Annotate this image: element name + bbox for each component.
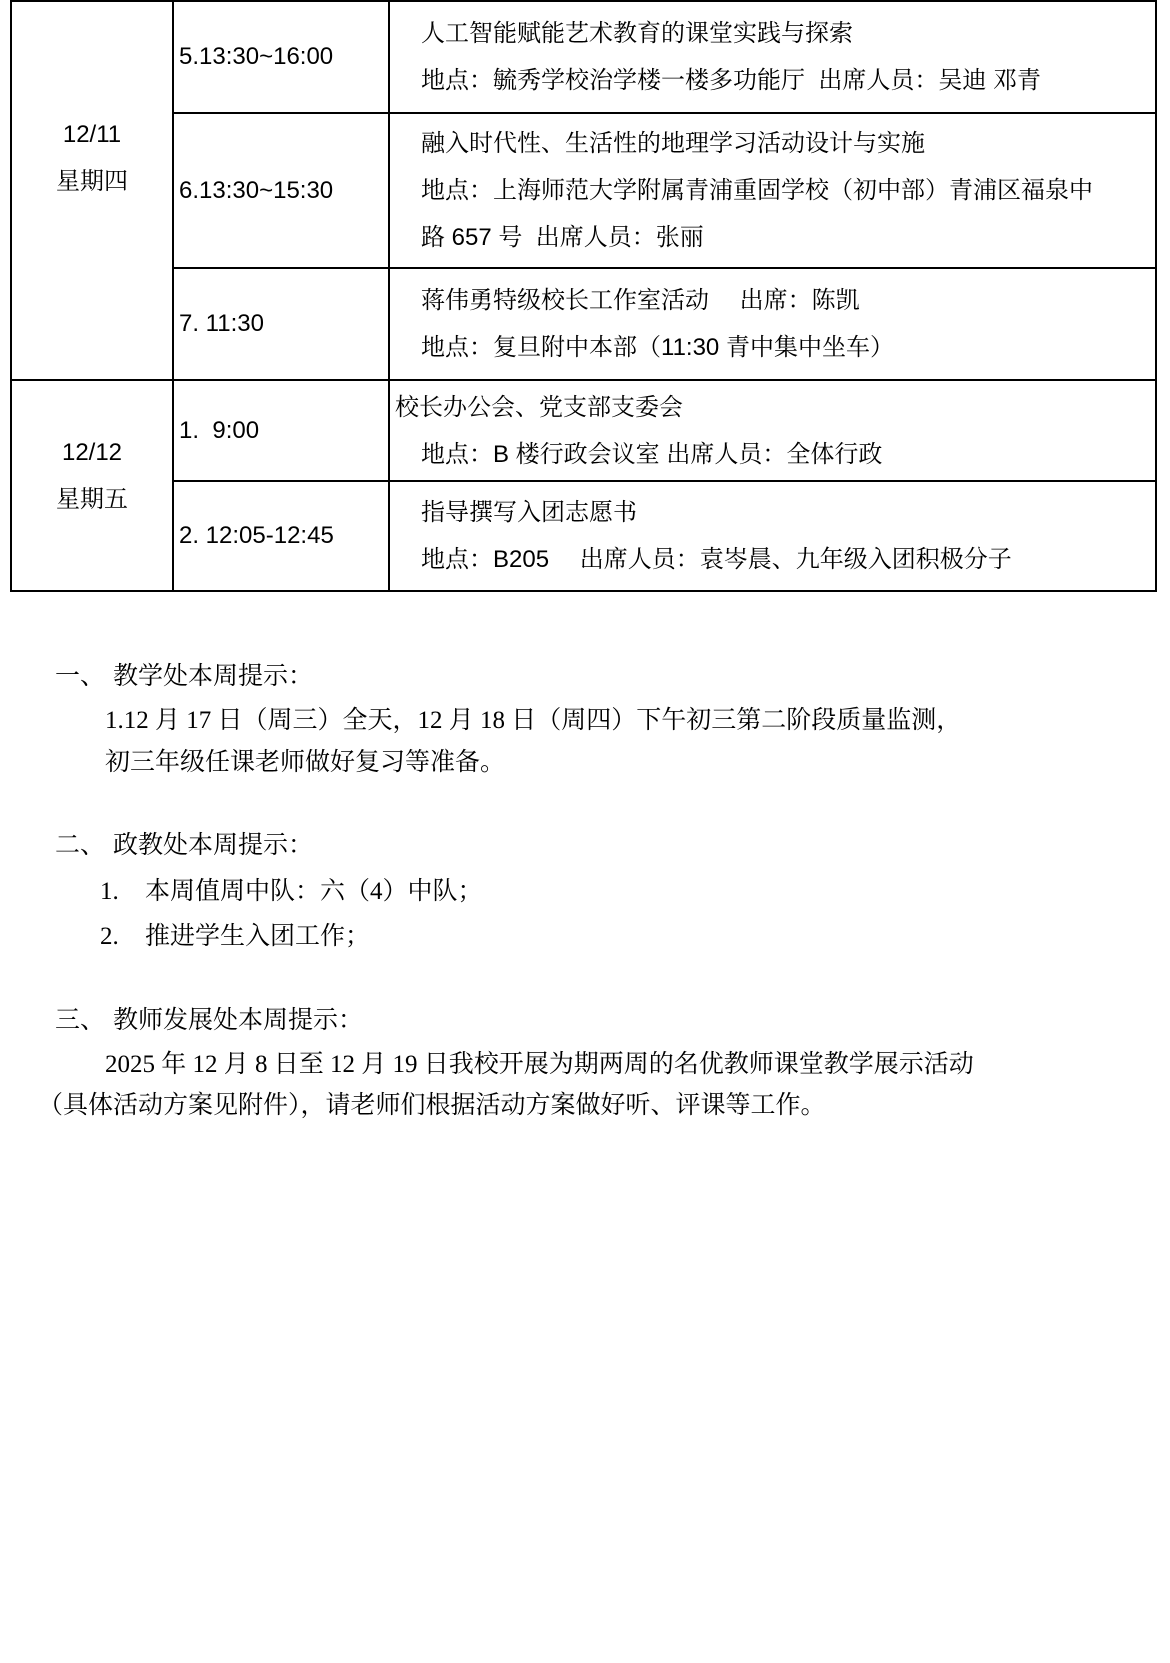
item-text: 推进学生入团工作； (145, 923, 370, 950)
section-title: 教学处本周提示： (113, 663, 313, 690)
section-body: 1.本周值周中队：六（4）中队； 2.推进学生入团工作； (0, 869, 1170, 959)
note-line: 初三年级任课老师做好复习等准备。 (0, 742, 1170, 784)
note-line: 2025 年 12 月 8 日至 12 月 19 日我校开展为期两周的名优教师课… (0, 1044, 1170, 1085)
date-lines: 12/12 星期五 (56, 429, 128, 523)
section-title: 政教处本周提示： (113, 832, 313, 859)
day-rows: 1. 9:00 校长办公会、党支部支委会 地点：B 楼行政会议室 出席人员：全体… (174, 381, 1155, 590)
schedule-row: 6.13:30~15:30 融入时代性、生活性的地理学习活动设计与实施 地点：上… (174, 112, 1155, 267)
note-line: 1.12 月 17 日（周三）全天，12 月 18 日（周四）下午初三第二阶段质… (0, 700, 1170, 742)
weekday-label: 星期四 (56, 158, 128, 205)
document-page: 12/11 星期四 5.13:30~16:00 人工智能赋能艺术教育的课堂实践与… (0, 0, 1170, 1663)
item-text: 本周值周中队：六（4）中队； (145, 878, 483, 905)
schedule-table: 12/11 星期四 5.13:30~16:00 人工智能赋能艺术教育的课堂实践与… (10, 0, 1157, 592)
event-detail: 路 657 号 出席人员：张丽 (421, 214, 1147, 261)
schedule-row: 1. 9:00 校长办公会、党支部支委会 地点：B 楼行政会议室 出席人员：全体… (174, 381, 1155, 480)
time-cell: 2. 12:05-12:45 (174, 482, 390, 590)
weekday-label: 星期五 (56, 476, 128, 523)
date-label: 12/11 (56, 111, 128, 158)
event-detail: 地点：上海师范大学附属青浦重固学校（初中部）青浦区福泉中 (421, 167, 1147, 214)
item-number: 1. (100, 869, 145, 914)
section-body: 1.12 月 17 日（周三）全天，12 月 18 日（周四）下午初三第二阶段质… (0, 700, 1170, 784)
event-detail: 地点：复旦附中本部（11:30 青中集中坐车） (421, 324, 1147, 371)
section-heading: 三、教师发展处本周提示： (0, 1000, 1170, 1042)
event-detail: 地点：毓秀学校治学楼一楼多功能厅 出席人员：吴迪 邓青 (421, 57, 1147, 104)
event-title: 指导撰写入团志愿书 (421, 489, 1147, 536)
time-cell: 6.13:30~15:30 (174, 114, 390, 267)
time-cell: 7. 11:30 (174, 269, 390, 379)
section-heading: 二、政教处本周提示： (0, 825, 1170, 867)
schedule-row: 5.13:30~16:00 人工智能赋能艺术教育的课堂实践与探索 地点：毓秀学校… (174, 2, 1155, 112)
section-body: 2025 年 12 月 8 日至 12 月 19 日我校开展为期两周的名优教师课… (0, 1044, 1170, 1126)
section-heading: 一、教学处本周提示： (0, 656, 1170, 698)
list-item: 1.本周值周中队：六（4）中队； (0, 869, 1170, 914)
schedule-row: 7. 11:30 蒋伟勇特级校长工作室活动 出席：陈凯 地点：复旦附中本部（11… (174, 267, 1155, 379)
event-cell: 蒋伟勇特级校长工作室活动 出席：陈凯 地点：复旦附中本部（11:30 青中集中坐… (390, 269, 1155, 379)
list-item: 2.推进学生入团工作； (0, 914, 1170, 959)
section-number: 三、 (55, 1007, 105, 1034)
section-title: 教师发展处本周提示： (113, 1007, 363, 1034)
event-title: 人工智能赋能艺术教育的课堂实践与探索 (421, 10, 1147, 57)
schedule-row: 2. 12:05-12:45 指导撰写入团志愿书 地点：B205 出席人员：袁岑… (174, 480, 1155, 590)
event-cell: 指导撰写入团志愿书 地点：B205 出席人员：袁岑晨、九年级入团积极分子 (390, 482, 1155, 590)
time-cell: 5.13:30~16:00 (174, 2, 390, 112)
event-detail: 地点：B205 出席人员：袁岑晨、九年级入团积极分子 (421, 536, 1147, 583)
section-teaching-office: 一、教学处本周提示： 1.12 月 17 日（周三）全天，12 月 18 日（周… (0, 656, 1170, 784)
event-cell: 人工智能赋能艺术教育的课堂实践与探索 地点：毓秀学校治学楼一楼多功能厅 出席人员… (390, 2, 1155, 112)
section-number: 二、 (55, 832, 105, 859)
date-cell-friday: 12/12 星期五 (12, 381, 174, 590)
event-title: 蒋伟勇特级校长工作室活动 出席：陈凯 (421, 277, 1147, 324)
section-number: 一、 (55, 663, 105, 690)
date-cell-thursday: 12/11 星期四 (12, 2, 174, 379)
date-lines: 12/11 星期四 (56, 111, 128, 205)
day-block-thursday: 12/11 星期四 5.13:30~16:00 人工智能赋能艺术教育的课堂实践与… (12, 2, 1155, 379)
section-moral-education-office: 二、政教处本周提示： 1.本周值周中队：六（4）中队； 2.推进学生入团工作； (0, 825, 1170, 959)
day-rows: 5.13:30~16:00 人工智能赋能艺术教育的课堂实践与探索 地点：毓秀学校… (174, 2, 1155, 379)
event-title: 校长办公会、党支部支委会 (395, 384, 1147, 431)
time-cell: 1. 9:00 (174, 381, 390, 480)
day-block-friday: 12/12 星期五 1. 9:00 校长办公会、党支部支委会 地点：B 楼行政会… (12, 379, 1155, 590)
date-label: 12/12 (56, 429, 128, 476)
item-number: 2. (100, 914, 145, 959)
event-cell: 融入时代性、生活性的地理学习活动设计与实施 地点：上海师范大学附属青浦重固学校（… (390, 114, 1155, 267)
event-cell: 校长办公会、党支部支委会 地点：B 楼行政会议室 出席人员：全体行政 (390, 381, 1155, 480)
note-line: （具体活动方案见附件），请老师们根据活动方案做好听、评课等工作。 (0, 1085, 1170, 1126)
section-teacher-development-office: 三、教师发展处本周提示： 2025 年 12 月 8 日至 12 月 19 日我… (0, 1000, 1170, 1126)
event-title: 融入时代性、生活性的地理学习活动设计与实施 (421, 120, 1147, 167)
event-detail: 地点：B 楼行政会议室 出席人员：全体行政 (421, 431, 1147, 478)
